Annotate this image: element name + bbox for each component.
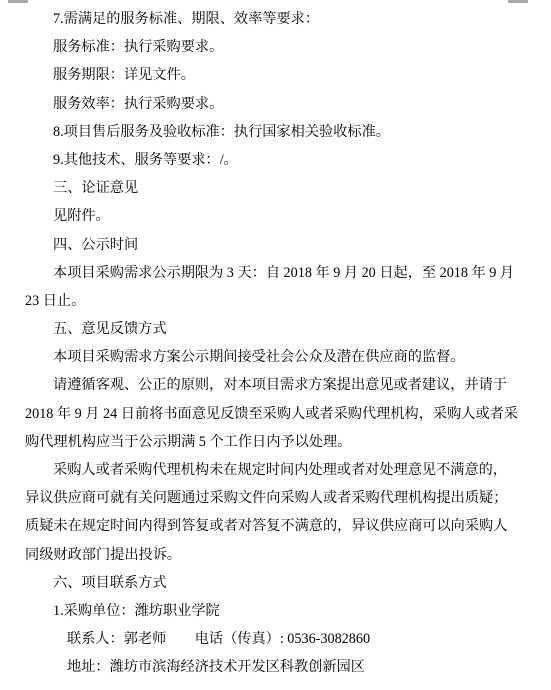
text-line: 服务期限：详见文件。 <box>25 61 531 89</box>
text-line: 本项目采购需求公示期限为 3 天：自 2018 年 9 月 20 日起，至 20… <box>25 259 531 287</box>
text-line: 三、论证意见 <box>25 174 531 202</box>
text-line: 见附件。 <box>25 202 531 230</box>
text-line: 23 日止。 <box>25 287 531 315</box>
text-line: 请遵循客观、公正的原则，对本项目需求方案提出意见或者建议，并请于 <box>25 371 531 399</box>
page-margin-mark-right <box>508 0 528 3</box>
text-line: 本项目采购需求方案公示期间接受社会公众及潜在供应商的监督。 <box>25 343 531 371</box>
text-line: 2018 年 9 月 24 日前将书面意见反馈至采购人或者采购代理机构，采购人或… <box>25 400 531 428</box>
text-line: 服务效率：执行采购要求。 <box>25 90 531 118</box>
text-line: 质疑未在规定时间内得到答复或者对答复不满意的，异议供应商可以向采购人 <box>25 512 531 540</box>
text-line: 五、意见反馈方式 <box>25 315 531 343</box>
text-line: 异议供应商可就有关问题通过采购文件向采购人或者采购代理机构提出质疑； <box>25 484 531 512</box>
document-body: 7.需满足的服务标准、期限、效率等要求：服务标准：执行采购要求。服务期限：详见文… <box>25 5 531 682</box>
page-margin-mark-left <box>8 0 28 3</box>
text-line: 9.其他技术、服务等要求：/。 <box>25 146 531 174</box>
text-line: 地址：潍坊市滨海经济技术开发区科教创新园区 <box>25 653 531 681</box>
text-line: 同级财政部门提出投诉。 <box>25 541 531 569</box>
text-line: 8.项目售后服务及验收标准：执行国家相关验收标准。 <box>25 118 531 146</box>
text-line: 采购人或者采购代理机构未在规定时间内处理或者对处理意见不满意的， <box>25 456 531 484</box>
text-line: 7.需满足的服务标准、期限、效率等要求： <box>25 5 531 33</box>
text-line: 四、公示时间 <box>25 231 531 259</box>
text-line: 联系人：郭老师 电话（传真）: 0536-3082860 <box>25 625 531 653</box>
text-line: 购代理机构应当于公示期满 5 个工作日内予以处理。 <box>25 428 531 456</box>
text-line: 1.采购单位：潍坊职业学院 <box>25 597 531 625</box>
text-line: 服务标准：执行采购要求。 <box>25 33 531 61</box>
text-line: 六、项目联系方式 <box>25 569 531 597</box>
